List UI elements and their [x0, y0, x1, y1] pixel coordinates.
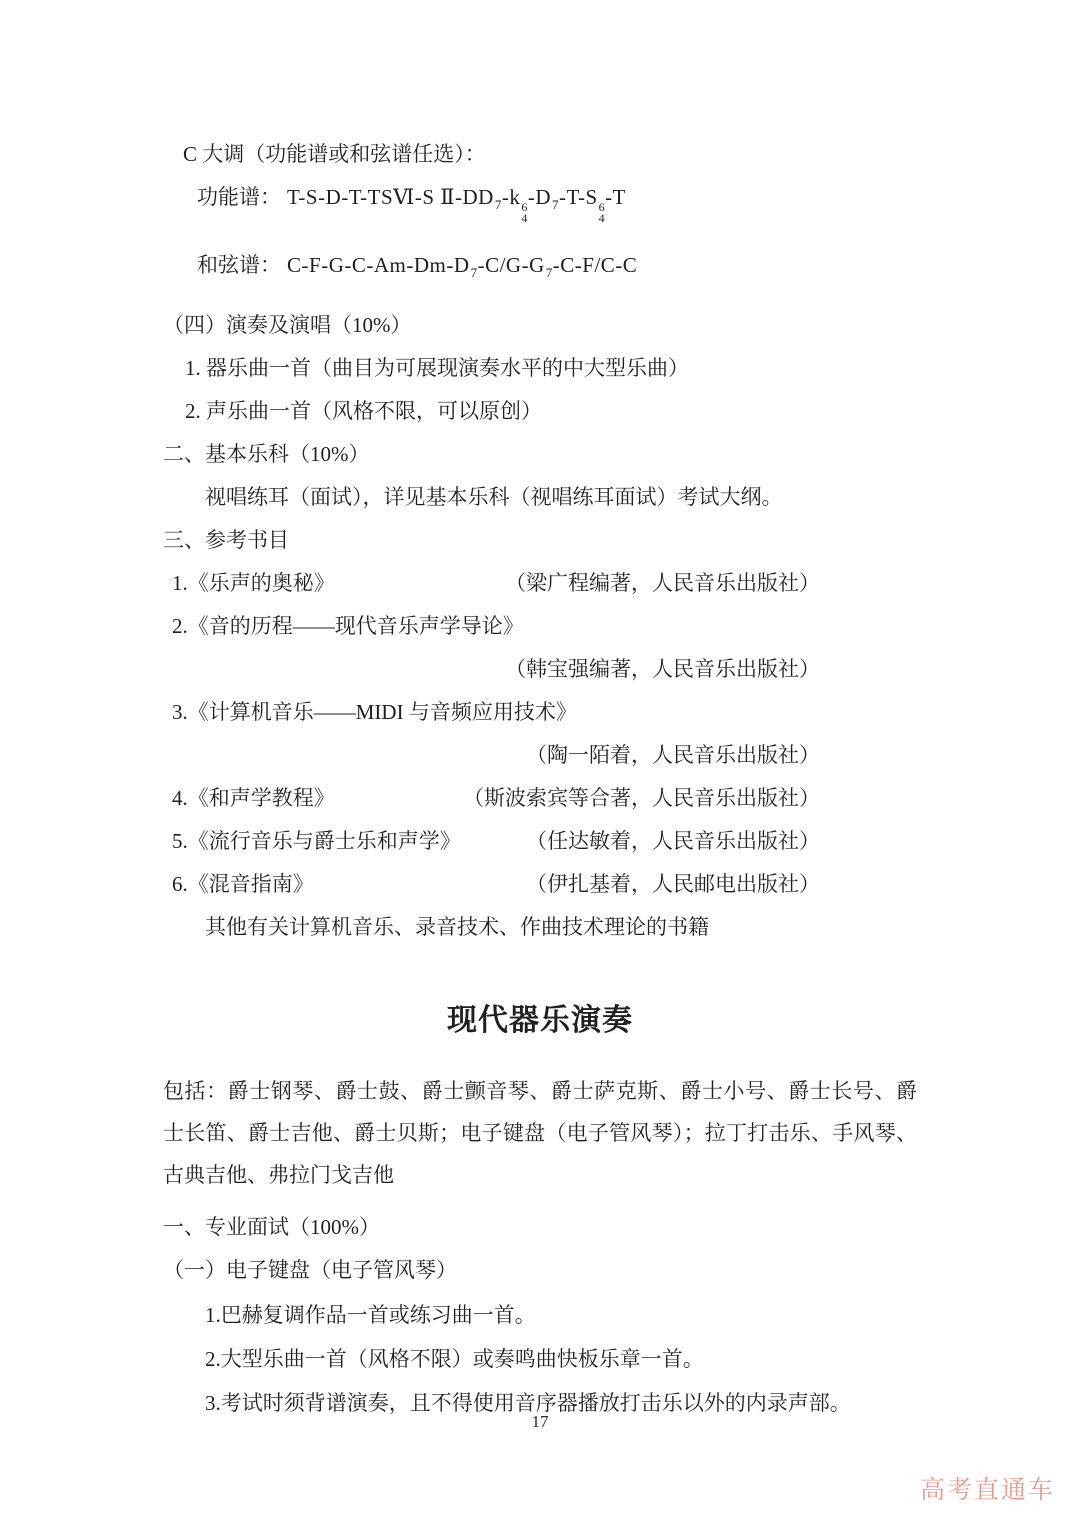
book-item: 3.《计算机音乐——MIDI 与音频应用技术》	[172, 701, 820, 723]
key-line: C 大调（功能谱或和弦谱任选）：	[183, 143, 917, 165]
watermark: 高考直通车	[920, 1470, 1055, 1506]
section-title: 现代器乐演奏	[163, 1004, 917, 1038]
book-publisher: （任达敏着，人民音乐出版社）	[526, 830, 820, 852]
performance-item: 1. 器乐曲一首（曲目为可展现演奏水平的中大型乐曲）	[185, 357, 917, 379]
keyboard-item: 3.考试时须背谱演奏，且不得使用音序器播放打击乐以外的内录声部。	[205, 1392, 917, 1414]
book-item: 5.《流行音乐与爵士乐和声学》 （任达敏着，人民音乐出版社）	[172, 830, 820, 852]
document-page: C 大调（功能谱或和弦谱任选）： 功能谱：T-S-D-T-TSⅥ-S Ⅱ-DD7…	[0, 0, 1080, 1527]
basic-music-text: 视唱练耳（面试），详见基本乐科（视唱练耳面试）考试大纲。	[205, 486, 917, 508]
chord-notation-formula: C-F-G-C-Am-Dm-D7-C/G-G7-C-F/C-C	[287, 253, 637, 277]
page-number: 17	[0, 1412, 1080, 1432]
book-publisher: （梁广程编著，人民音乐出版社）	[505, 572, 820, 594]
book-publisher: （韩宝强编著，人民音乐出版社）	[172, 658, 820, 680]
performance-heading: （四）演奏及演唱（10%）	[163, 314, 917, 336]
document-content: C 大调（功能谱或和弦谱任选）： 功能谱：T-S-D-T-TSⅥ-S Ⅱ-DD7…	[0, 0, 1080, 1414]
keyboard-heading: （一）电子键盘（电子管风琴）	[163, 1259, 917, 1281]
keyboard-item: 1.巴赫复调作品一首或练习曲一首。	[205, 1304, 917, 1326]
function-notation-line: 功能谱：T-S-D-T-TSⅥ-S Ⅱ-DD7-k64-D7-T-S64-T	[197, 186, 917, 224]
includes-paragraph: 包括：爵士钢琴、爵士鼓、爵士颤音琴、爵士萨克斯、爵士小号、爵士长号、爵士长笛、爵…	[163, 1070, 917, 1196]
book-publisher: （伊扎基着，人民邮电出版社）	[526, 873, 820, 895]
chord-notation-line: 和弦谱：C-F-G-C-Am-Dm-D7-C/G-G7-C-F/C-C	[197, 254, 917, 284]
book-title: 1.《乐声的奥秘》	[172, 572, 335, 594]
book-title: 5.《流行音乐与爵士乐和声学》	[172, 830, 461, 852]
book-item: 4.《和声学教程》 （斯波索宾等合著，人民音乐出版社）	[172, 787, 820, 809]
basic-music-heading: 二、基本乐科（10%）	[163, 443, 917, 465]
book-item: 1.《乐声的奥秘》 （梁广程编著，人民音乐出版社）	[172, 572, 820, 594]
book-item: 6.《混音指南》 （伊扎基着，人民邮电出版社）	[172, 873, 820, 895]
reference-heading: 三、参考书目	[163, 529, 917, 551]
book-item: 2.《音的历程——现代音乐声学导论》	[172, 615, 820, 637]
reference-book-list: 1.《乐声的奥秘》 （梁广程编著，人民音乐出版社） 2.《音的历程——现代音乐声…	[172, 572, 820, 895]
interview-heading: 一、专业面试（100%）	[163, 1216, 917, 1238]
book-title: 6.《混音指南》	[172, 873, 314, 895]
chord-notation-label: 和弦谱：	[197, 253, 281, 277]
keyboard-item: 2.大型乐曲一首（风格不限）或奏鸣曲快板乐章一首。	[205, 1348, 917, 1370]
function-notation-label: 功能谱：	[197, 185, 281, 209]
performance-item: 2. 声乐曲一首（风格不限，可以原创）	[185, 400, 917, 422]
book-publisher: （陶一陌着，人民音乐出版社）	[172, 744, 820, 766]
book-publisher: （斯波索宾等合著，人民音乐出版社）	[463, 787, 820, 809]
book-title: 4.《和声学教程》	[172, 787, 335, 809]
books-footer: 其他有关计算机音乐、录音技术、作曲技术理论的书籍	[205, 916, 917, 938]
function-notation-formula: T-S-D-T-TSⅥ-S Ⅱ-DD7-k64-D7-T-S64-T	[287, 185, 626, 209]
